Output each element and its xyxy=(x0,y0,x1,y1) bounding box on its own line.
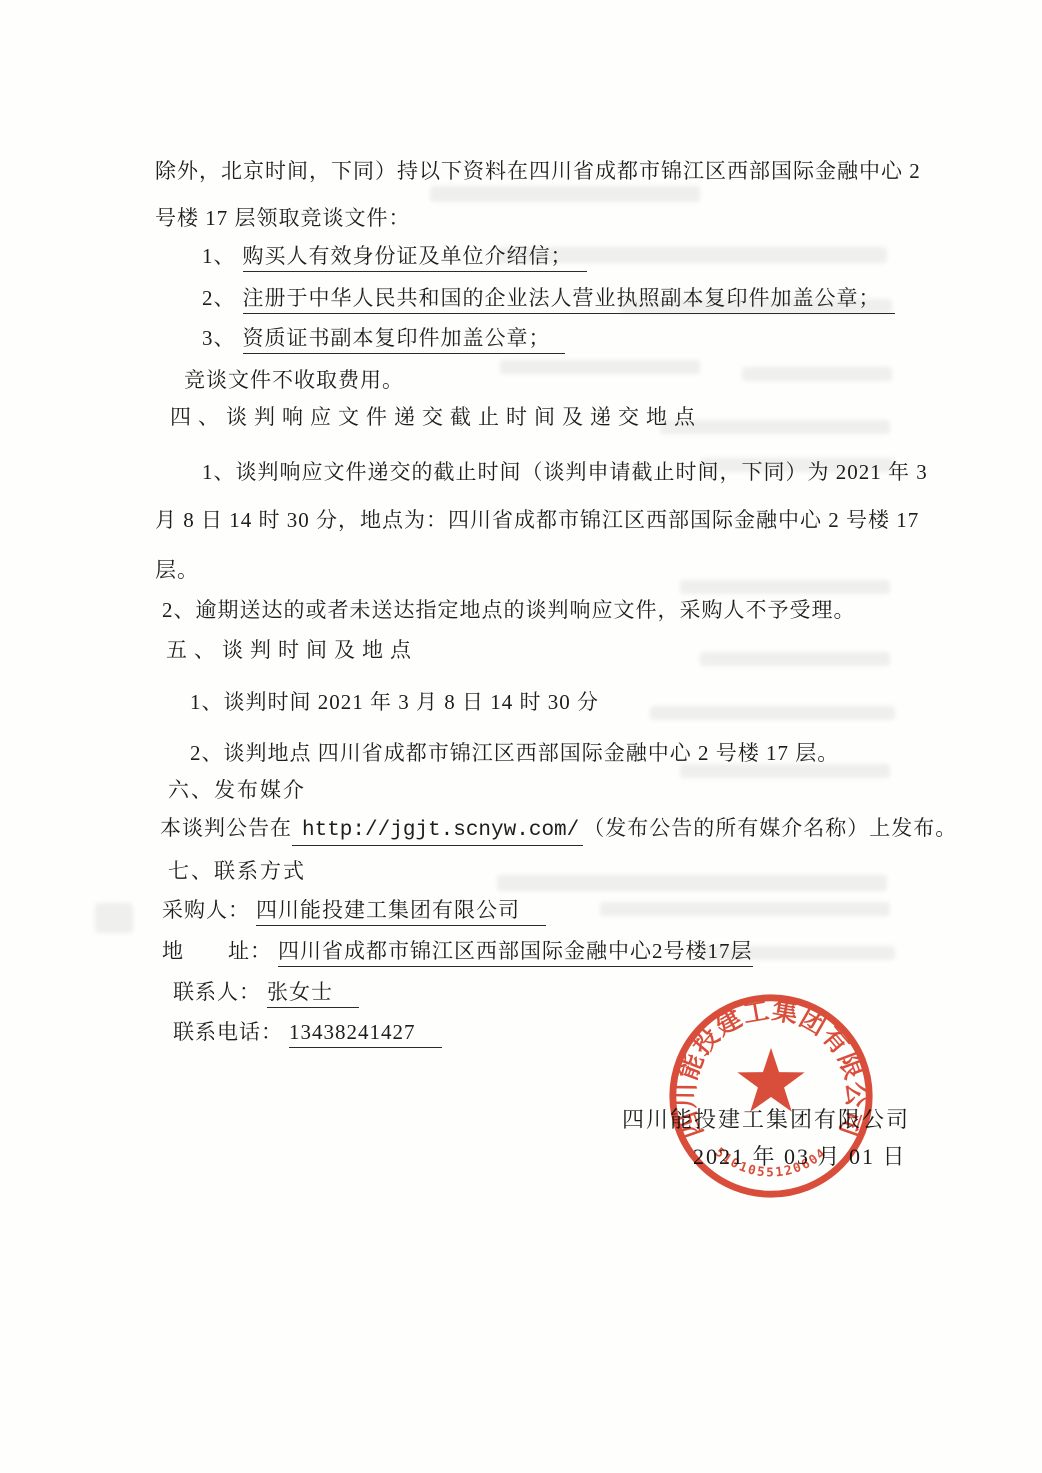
scanned-document-page: 除外，北京时间，下同）持以下资料在四川省成都市锦江区西部国际金融中心 2 号楼 … xyxy=(0,0,1042,1473)
scan-artifact xyxy=(600,902,890,916)
section-4-item-1-line-1: 1、谈判响应文件递交的截止时间（谈判申请截止时间，下同）为 2021 年 3 xyxy=(202,459,928,486)
section-6-heading: 六、发布媒介 xyxy=(168,777,306,804)
section-4-item-1-line-3: 层。 xyxy=(155,557,199,584)
section-5-item-1: 1、谈判时间 2021 年 3 月 8 日 14 时 30 分 xyxy=(190,689,599,716)
pickup-item-3: 3、资质证书副本复印件加盖公章； xyxy=(202,325,565,352)
company-seal: 四川能投建工集团有限公司 5101055120604 xyxy=(663,988,879,1204)
contact-phone-value: 13438241427 xyxy=(289,1020,442,1048)
address-value: 四川省成都市锦江区西部国际金融中心2号楼17层 xyxy=(278,939,753,967)
section-5-heading: 五、谈判时间及地点 xyxy=(166,637,418,664)
section-4-heading: 四、谈判响应文件递交截止时间及递交地点 xyxy=(170,404,702,431)
intro-line-1: 除外，北京时间，下同）持以下资料在四川省成都市锦江区西部国际金融中心 2 xyxy=(155,158,921,185)
pickup-item-2: 2、注册于中华人民共和国的企业法人营业执照副本复印件加盖公章； xyxy=(202,285,895,312)
scan-artifact xyxy=(95,903,133,933)
contact-person-value: 张女士 xyxy=(267,980,359,1008)
scan-artifact xyxy=(650,706,895,720)
pickup-item-3-text: 资质证书副本复印件加盖公章； xyxy=(243,326,565,354)
publish-media-suffix: （发布公告的所有媒介名称）上发布。 xyxy=(583,816,957,840)
scan-artifact xyxy=(497,875,887,891)
purchaser-label: 采购人： xyxy=(162,898,250,922)
section-7-heading: 七、联系方式 xyxy=(168,858,306,885)
address-line: 地 址：四川省成都市锦江区西部国际金融中心2号楼17层 xyxy=(162,938,753,965)
pickup-item-1-number: 1、 xyxy=(202,244,236,268)
contact-phone-line: 联系电话：13438241427 xyxy=(173,1019,442,1046)
section-4-item-2: 2、逾期送达的或者未送达指定地点的谈判响应文件，采购人不予受理。 xyxy=(162,597,856,624)
pickup-item-3-number: 3、 xyxy=(202,326,236,350)
scan-artifact xyxy=(680,580,890,594)
intro-line-2: 号楼 17 层领取竞谈文件： xyxy=(155,205,411,232)
pickup-item-1-text: 购买人有效身份证及单位介绍信； xyxy=(243,244,587,272)
publish-media-prefix: 本谈判公告在 xyxy=(160,816,292,840)
section-5-item-2: 2、谈判地点 四川省成都市锦江区西部国际金融中心 2 号楼 17 层。 xyxy=(190,740,839,767)
announcement-url: http://jgjt.scnyw.com/ xyxy=(292,819,583,846)
pickup-item-2-text: 注册于中华人民共和国的企业法人营业执照副本复印件加盖公章； xyxy=(243,286,895,314)
scan-artifact xyxy=(430,186,700,202)
purchaser-line: 采购人：四川能投建工集团有限公司 xyxy=(162,897,546,924)
pickup-item-1: 1、购买人有效身份证及单位介绍信； xyxy=(202,243,587,270)
section-4-item-1-line-2: 月 8 日 14 时 30 分，地点为：四川省成都市锦江区西部国际金融中心 2 … xyxy=(155,507,919,534)
seal-star-icon xyxy=(737,1048,804,1112)
fee-note: 竞谈文件不收取费用。 xyxy=(184,367,404,394)
scan-artifact xyxy=(742,367,892,381)
address-label: 地 址： xyxy=(162,939,272,963)
contact-phone-label: 联系电话： xyxy=(173,1020,283,1044)
contact-person-label: 联系人： xyxy=(173,980,261,1004)
scan-artifact xyxy=(500,360,700,374)
purchaser-value: 四川能投建工集团有限公司 xyxy=(256,898,546,926)
contact-person-line: 联系人：张女士 xyxy=(173,979,359,1006)
pickup-item-2-number: 2、 xyxy=(202,286,236,310)
publish-media-line: 本谈判公告在http://jgjt.scnyw.com/（发布公告的所有媒介名称… xyxy=(160,815,957,844)
scan-artifact xyxy=(700,652,890,666)
seal-serial-code: 5101055120604 xyxy=(712,1145,831,1180)
